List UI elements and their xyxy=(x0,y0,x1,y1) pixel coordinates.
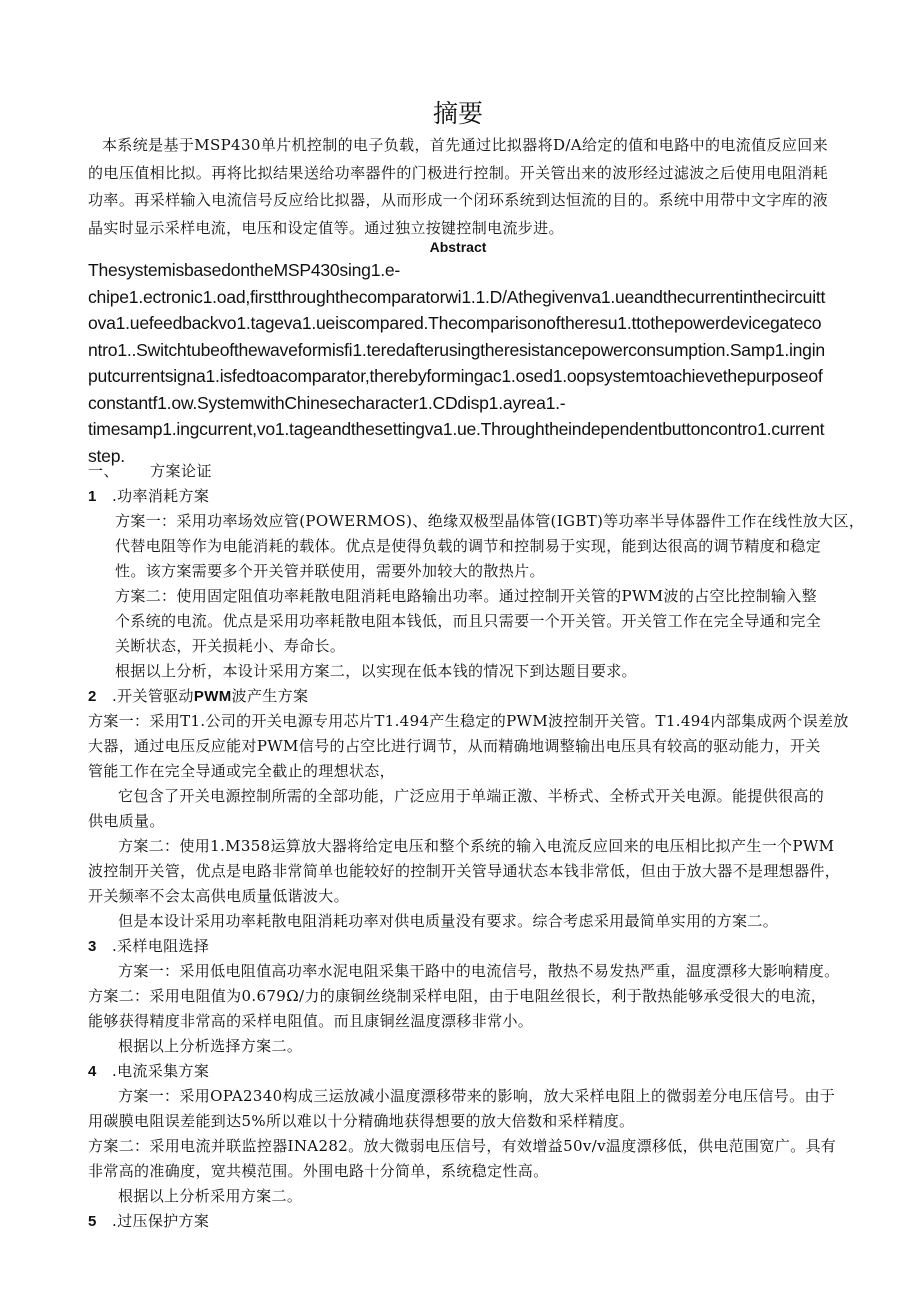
section-title-suffix: 波产生方案 xyxy=(232,687,309,705)
section-heading: 4.电流采集方案 xyxy=(88,1059,828,1084)
paragraph-line: 用碳膜电阻误差能到达5%所以难以十分精确地获得想要的放大倍数和采样精度。 xyxy=(88,1109,828,1133)
section-number: 4 xyxy=(88,1060,112,1084)
paragraph-line: 方案二：采用电流并联监控器INA282。放大微弱电压信号，有效增益50v/v温度… xyxy=(88,1134,828,1158)
section-title-bold: PWM xyxy=(194,688,232,705)
section-number: 2 xyxy=(88,685,112,709)
abstract-en-line: timesamp1.ingcurrent,vo1.tageandthesetti… xyxy=(88,416,830,443)
section-heading: 5.过压保护方案 xyxy=(88,1209,828,1234)
paragraph-line: 方案一：采用低电阻值高功率水泥电阻采集干路中的电流信号，散热不易发热严重，温度漂… xyxy=(118,959,858,983)
chapter-number: 一、 xyxy=(88,459,150,483)
paragraph-line: 开关频率不会太高供电质量低谐波大。 xyxy=(88,884,828,908)
paragraph-line: 能够获得精度非常高的采样电阻值。而且康铜丝温度漂移非常小。 xyxy=(88,1009,828,1033)
paragraph-line: 根据以上分析，本设计采用方案二，以实现在低本钱的情况下到达题目要求。 xyxy=(115,659,855,683)
paragraph-line: 非常高的准确度，宽共模范围。外围电路十分简单，系统稳定性高。 xyxy=(88,1159,828,1183)
paragraph-line: 方案一：采用T1.公司的开关电源专用芯片T1.494产生稳定的PWM波控制开关管… xyxy=(88,709,828,733)
paragraph-line: 个系统的电流。优点是采用功率耗散电阻本钱低，而且只需要一个开关管。开关管工作在完… xyxy=(115,609,855,633)
paragraph-line: 方案一：采用功率场效应管(POWERMOS)、绝缘双极型晶体管(IGBT)等功率… xyxy=(115,509,855,533)
section-number: 1 xyxy=(88,485,112,509)
section-heading: 3.采样电阻选择 xyxy=(88,934,828,959)
paragraph-line: 方案一：采用OPA2340构成三运放减小温度漂移带来的影响，放大采样电阻上的微弱… xyxy=(118,1084,858,1108)
paragraph-line: 大器，通过电压反应能对PWM信号的占空比进行调节，从而精确地调整输出电压具有较高… xyxy=(88,734,828,758)
paragraph-line: 方案二：使用固定阻值功率耗散电阻消耗电路输出功率。通过控制开关管的PWM波的占空… xyxy=(115,584,855,608)
section-heading: 1.功率消耗方案 xyxy=(88,484,828,509)
abstract-en-line: constantf1.ow.SystemwithChinesecharacter… xyxy=(88,390,830,417)
section-number: 5 xyxy=(88,1210,112,1234)
paragraph-line: 方案二：采用电阻值为0.679Ω/力的康铜丝绕制采样电阻，由于电阻丝很长，利于散… xyxy=(88,984,828,1008)
paragraph-line: 代替电阻等作为电能消耗的载体。优点是使得负载的调节和控制易于实现，能到达很高的调… xyxy=(115,534,855,558)
paragraph-line: 供电质量。 xyxy=(88,809,828,833)
abstract-en-line: putcurrentsigna1.isfedtoacomparator,ther… xyxy=(88,363,830,390)
chapter-title: 方案论证 xyxy=(150,462,212,480)
paragraph-line: 根据以上分析选择方案二。 xyxy=(118,1034,858,1058)
paragraph-line: 性。该方案需要多个开关管并联使用，需要外加较大的散热片。 xyxy=(115,559,855,583)
paragraph-line: 方案二：使用1.M358运算放大器将给定电压和整个系统的输入电流反应回来的电压相… xyxy=(118,834,858,858)
abstract-en-line: ThesystemisbasedontheMSP430sing1.e- xyxy=(88,257,830,284)
paragraph-line: 波控制开关管，优点是电路非常简单也能较好的控制开关管导通状态本钱非常低，但由于放… xyxy=(88,859,828,883)
section-title-prefix: .开关管驱动 xyxy=(112,687,194,705)
paragraph-line: 管能工作在完全导通或完全截止的理想状态， xyxy=(88,759,828,783)
section-title: .过压保护方案 xyxy=(112,1212,209,1230)
abstract-heading: Abstract xyxy=(88,237,828,257)
section-title: .电流采集方案 xyxy=(112,1062,209,1080)
abstract-en-line: chipe1.ectronic1.oad,firstthroughthecomp… xyxy=(88,284,830,311)
abstract-chinese: 本系统是基于MSP430单片机控制的电子负载，首先通过比拟器将D/A给定的值和电… xyxy=(88,132,828,242)
abstract-english: ThesystemisbasedontheMSP430sing1.e- chip… xyxy=(88,257,830,469)
section-heading: 2.开关管驱动PWM波产生方案 xyxy=(88,684,828,709)
section-title: .采样电阻选择 xyxy=(112,937,209,955)
page-title: 摘要 xyxy=(88,97,828,131)
section-title: .功率消耗方案 xyxy=(112,487,209,505)
paragraph-line: 但是本设计采用功率耗散电阻消耗功率对供电质量没有要求。综合考虑采用最简单实用的方… xyxy=(118,909,858,933)
paragraph-line: 根据以上分析采用方案二。 xyxy=(118,1184,858,1208)
chapter-heading: 一、方案论证 xyxy=(88,459,828,483)
section-number: 3 xyxy=(88,935,112,959)
paragraph-line: 关断状态，开关损耗小、寿命长。 xyxy=(115,634,855,658)
abstract-en-line: ntro1..Switchtubeofthewaveformisfi1.tere… xyxy=(88,337,830,364)
abstract-en-line: ova1.uefeedbackvo1.tageva1.ueiscompared.… xyxy=(88,310,830,337)
paragraph-line: 它包含了开关电源控制所需的全部功能，广泛应用于单端正激、半桥式、全桥式开关电源。… xyxy=(118,784,858,808)
